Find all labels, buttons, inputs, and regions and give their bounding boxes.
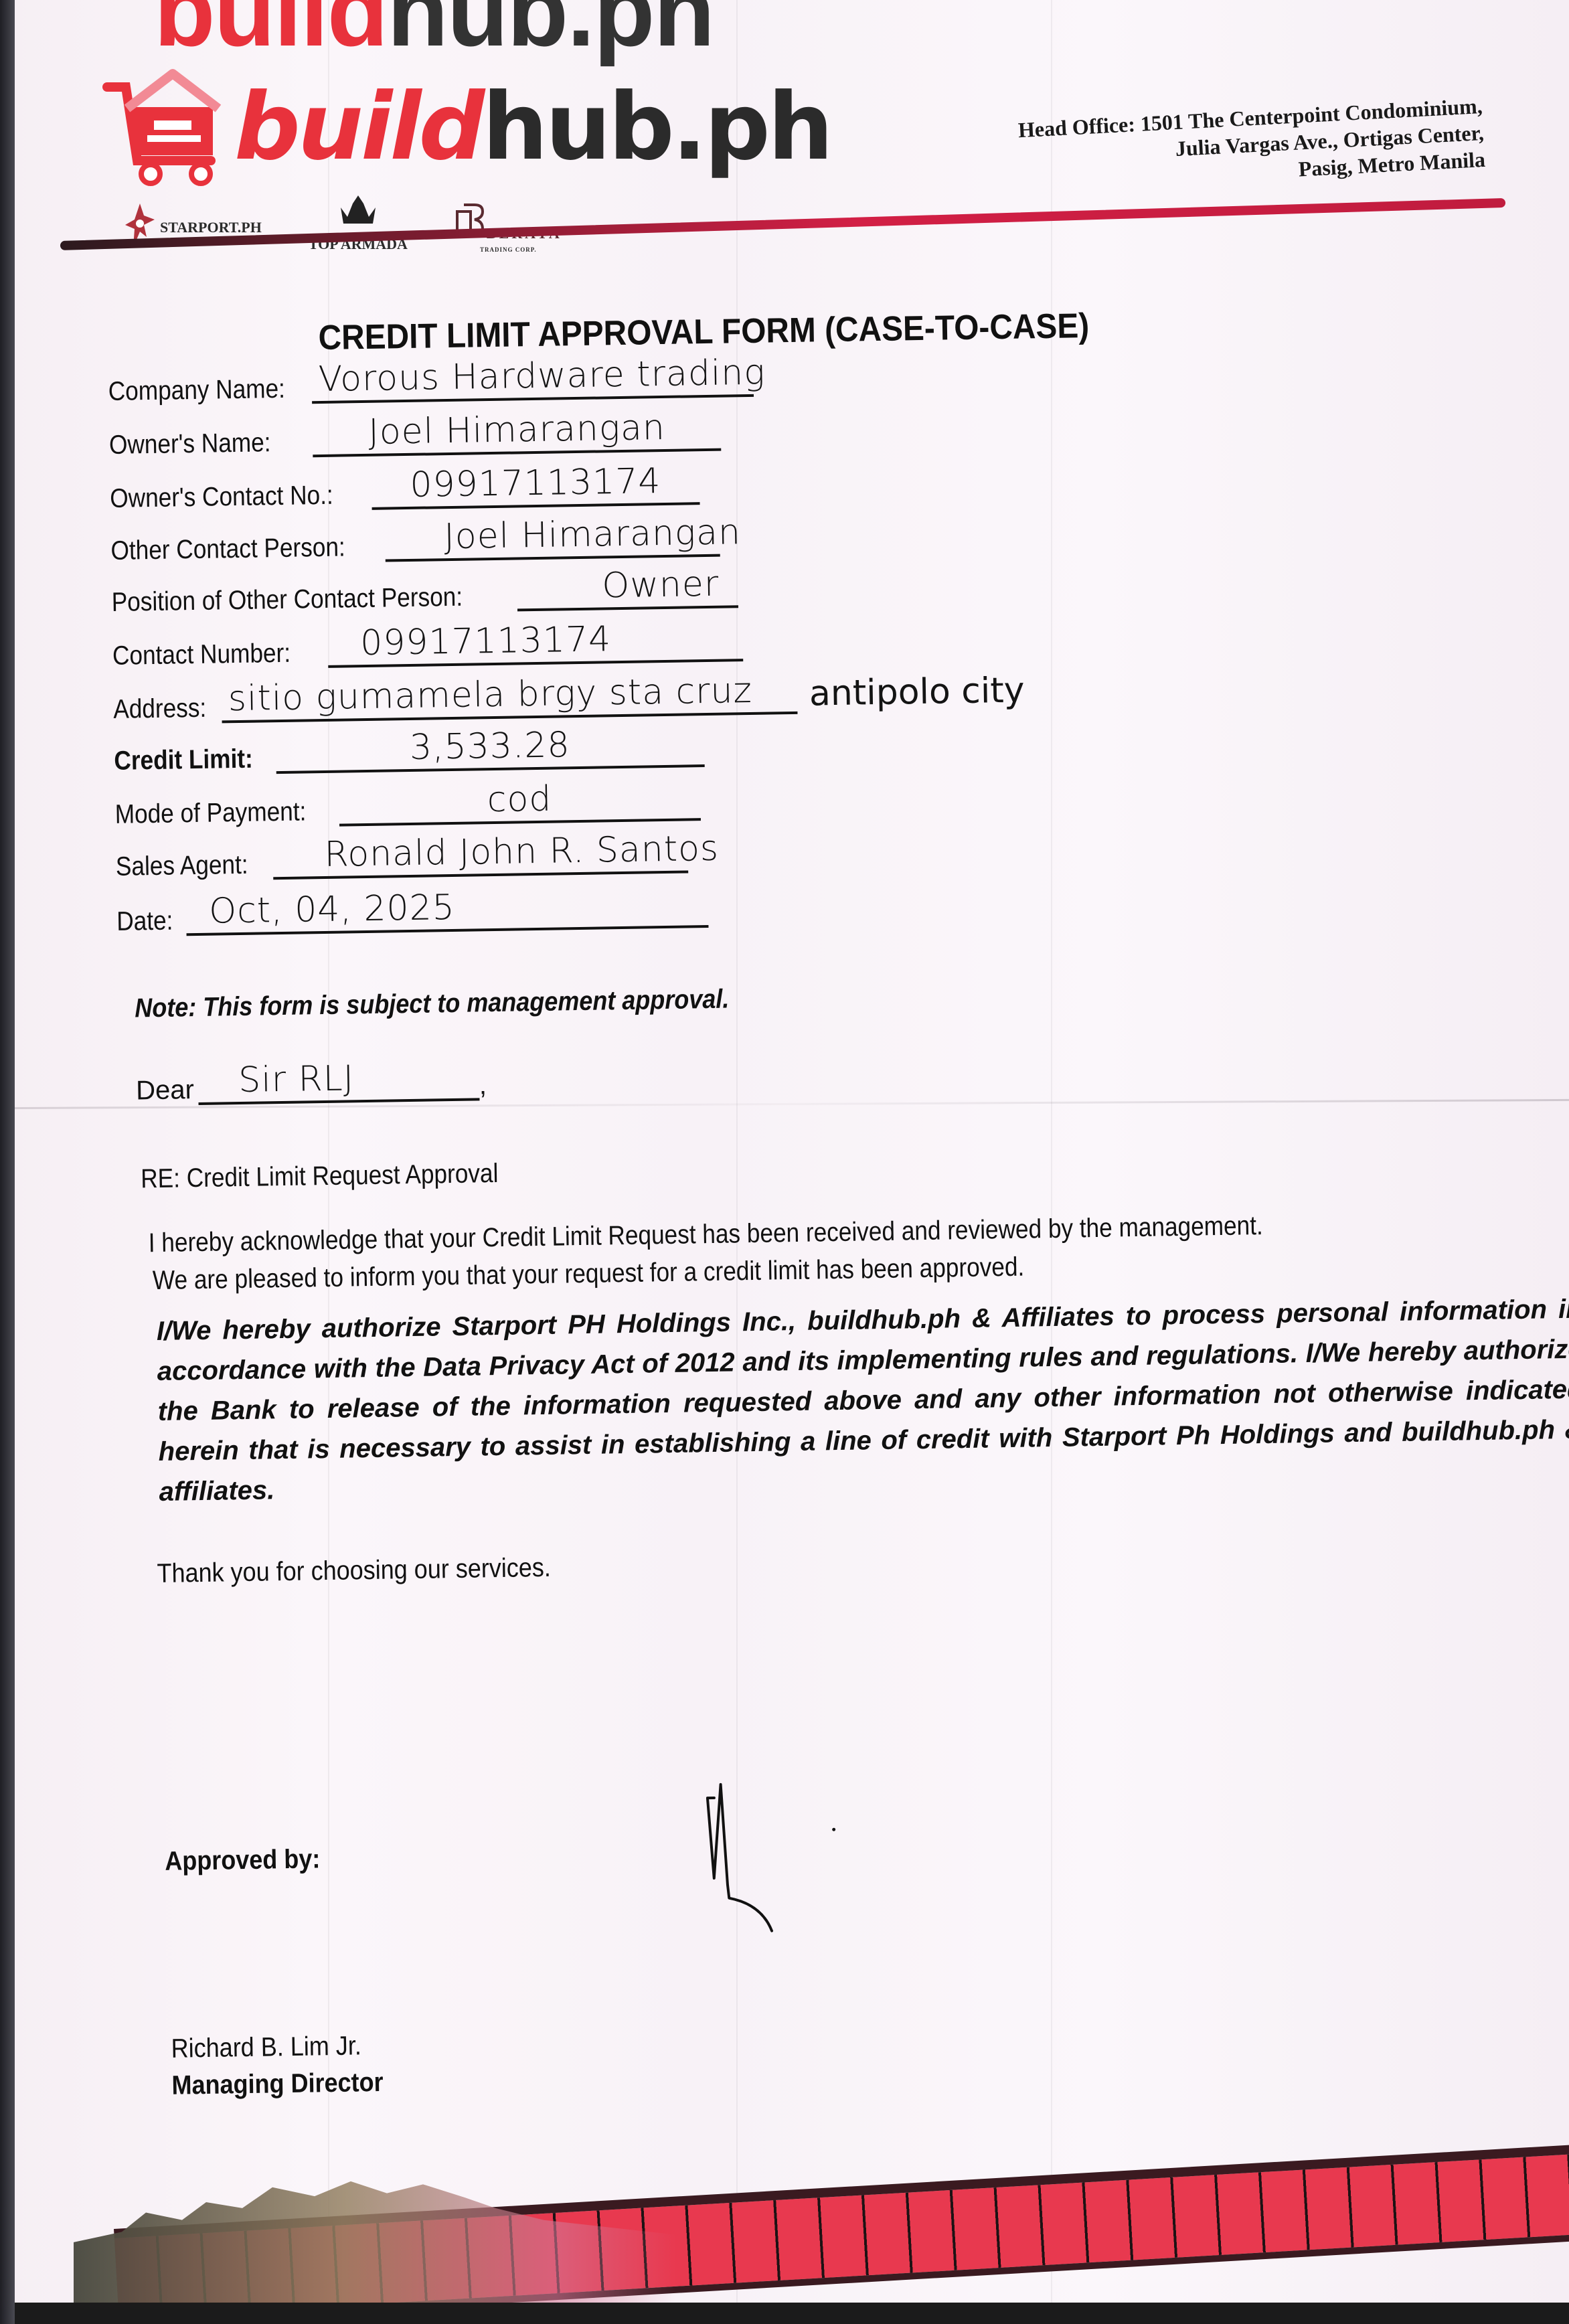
handwritten-value: cod — [487, 779, 552, 821]
handwritten-value: Oct, 04, 2025 — [209, 888, 455, 932]
acknowledgement-paragraph: I hereby acknowledge that your Credit Li… — [148, 1203, 1504, 1299]
field-credit-limit: Credit Limit: 3,533.28 — [114, 735, 704, 776]
field-company-name: Company Name: Vorous Hardware trading — [108, 365, 754, 407]
field-contact-number: Contact Number: 09917113174 — [112, 629, 744, 671]
credit-limit-input[interactable]: 3,533.28 — [276, 735, 705, 774]
footer-discoloration — [74, 2175, 676, 2324]
house-cart-icon — [100, 67, 228, 187]
company-name-input[interactable]: Vorous Hardware trading — [312, 365, 754, 404]
other-contact-person-input[interactable]: Joel Himarangan — [385, 525, 720, 562]
field-label: Position of Other Contact Person: — [111, 582, 463, 618]
handwritten-value: Ronald John R. Santos — [324, 829, 719, 875]
field-owner-contact: Owner's Contact No.: 09917113174 — [110, 473, 700, 514]
previous-page-logo: buildhub.ph — [154, 0, 714, 69]
approval-note: Note: This form is subject to management… — [135, 985, 730, 1024]
data-privacy-authorization: I/We hereby authorize Starport PH Holdin… — [156, 1289, 1569, 1512]
signer-name: Richard B. Lim Jr. — [171, 2031, 361, 2064]
handwritten-value: Sir RLJ — [238, 1058, 355, 1100]
head-office-address: Head Office: 1501 The Centerpoint Condom… — [1017, 92, 1486, 197]
field-label: Sales Agent: — [116, 850, 248, 882]
field-position-other-contact: Position of Other Contact Person: Owner — [111, 576, 738, 618]
document-page: buildhub.ph buildhub.ph STARPORT.PH — [7, 0, 1569, 2324]
field-other-contact-person: Other Contact Person: Joel Himarangan — [110, 525, 720, 566]
owner-contact-input[interactable]: 09917113174 — [371, 473, 700, 510]
salutation: Dear Sir RLJ , — [136, 1068, 487, 1106]
field-label: Contact Number: — [112, 639, 291, 671]
brand-wordmark: buildhub.ph — [234, 81, 831, 173]
handwritten-value: 09917113174 — [360, 619, 612, 663]
handwritten-value: Joel Himarangan — [368, 408, 665, 452]
mode-of-payment-input[interactable]: cod — [339, 788, 701, 826]
signer-title: Managing Director — [171, 2068, 384, 2101]
contact-number-input[interactable]: 09917113174 — [328, 629, 744, 668]
field-mode-of-payment: Mode of Payment: cod — [114, 788, 700, 830]
owner-name-input[interactable]: Joel Himarangan — [313, 419, 722, 458]
position-input[interactable]: Owner — [517, 576, 738, 611]
date-input[interactable]: Oct, 04, 2025 — [185, 896, 708, 936]
field-label: Other Contact Person: — [110, 532, 345, 566]
field-label: Mode of Payment: — [114, 797, 306, 829]
handwritten-overflow: antipolo city — [809, 671, 1025, 714]
field-owner-name: Owner's Name: Joel Himarangan — [109, 419, 722, 461]
background-edge — [0, 0, 15, 2324]
field-date: Date: Oct, 04, 2025 — [116, 896, 708, 937]
peek-brand-dark: hub.ph — [387, 0, 714, 67]
field-label: Address: — [113, 693, 207, 725]
crown-icon — [338, 194, 378, 232]
affiliate-name: STARPORT.PH — [160, 219, 262, 236]
salutation-comma: , — [479, 1070, 487, 1100]
affiliate-top-armada: TOP ARMADA — [309, 194, 408, 253]
field-label: Owner's Contact No.: — [110, 481, 333, 514]
field-label: Owner's Name: — [109, 428, 271, 461]
field-address: Address: sitio gumamela brgy sta cruz an… — [113, 682, 797, 725]
field-label: Company Name: — [108, 374, 285, 407]
closing-thanks: Thank you for choosing our services. — [157, 1553, 551, 1589]
background-surface — [7, 2303, 1569, 2324]
brand-part-build: build — [234, 73, 482, 181]
field-label: Credit Limit: — [114, 744, 253, 776]
addressee-input[interactable]: Sir RLJ — [198, 1068, 480, 1105]
handwritten-value: sitio gumamela brgy sta cruz — [228, 671, 752, 719]
paper-crease — [1051, 0, 1052, 2324]
sales-agent-input[interactable]: Ronald John R. Santos — [272, 841, 688, 880]
form-title: CREDIT LIMIT APPROVAL FORM (CASE-TO-CASE… — [318, 306, 1089, 358]
handwritten-value: 09917113174 — [410, 461, 661, 505]
peek-brand-red: build — [154, 0, 387, 67]
handwritten-value: Joel Himarangan — [444, 512, 741, 557]
subject-line: RE: Credit Limit Request Approval — [141, 1159, 499, 1194]
affiliate-subtitle: TRADING CORP. — [480, 246, 537, 253]
handwritten-value: Vorous Hardware trading — [318, 353, 766, 400]
approved-by-label: Approved by: — [165, 1844, 321, 1877]
buildhub-logo: buildhub.ph — [100, 67, 831, 187]
handwritten-value: 3,533.28 — [410, 725, 570, 768]
field-sales-agent: Sales Agent: Ronald John R. Santos — [116, 841, 688, 882]
signature-mark — [706, 1776, 842, 1952]
handwritten-value: Owner — [602, 564, 720, 606]
field-label: Date: — [116, 906, 173, 937]
brand-part-hub: hub.ph — [482, 73, 831, 181]
credit-limit-form: CREDIT LIMIT APPROVAL FORM (CASE-TO-CASE… — [107, 293, 1513, 315]
address-input[interactable]: sitio gumamela brgy sta cruz — [222, 682, 798, 724]
salutation-label: Dear — [136, 1075, 194, 1106]
